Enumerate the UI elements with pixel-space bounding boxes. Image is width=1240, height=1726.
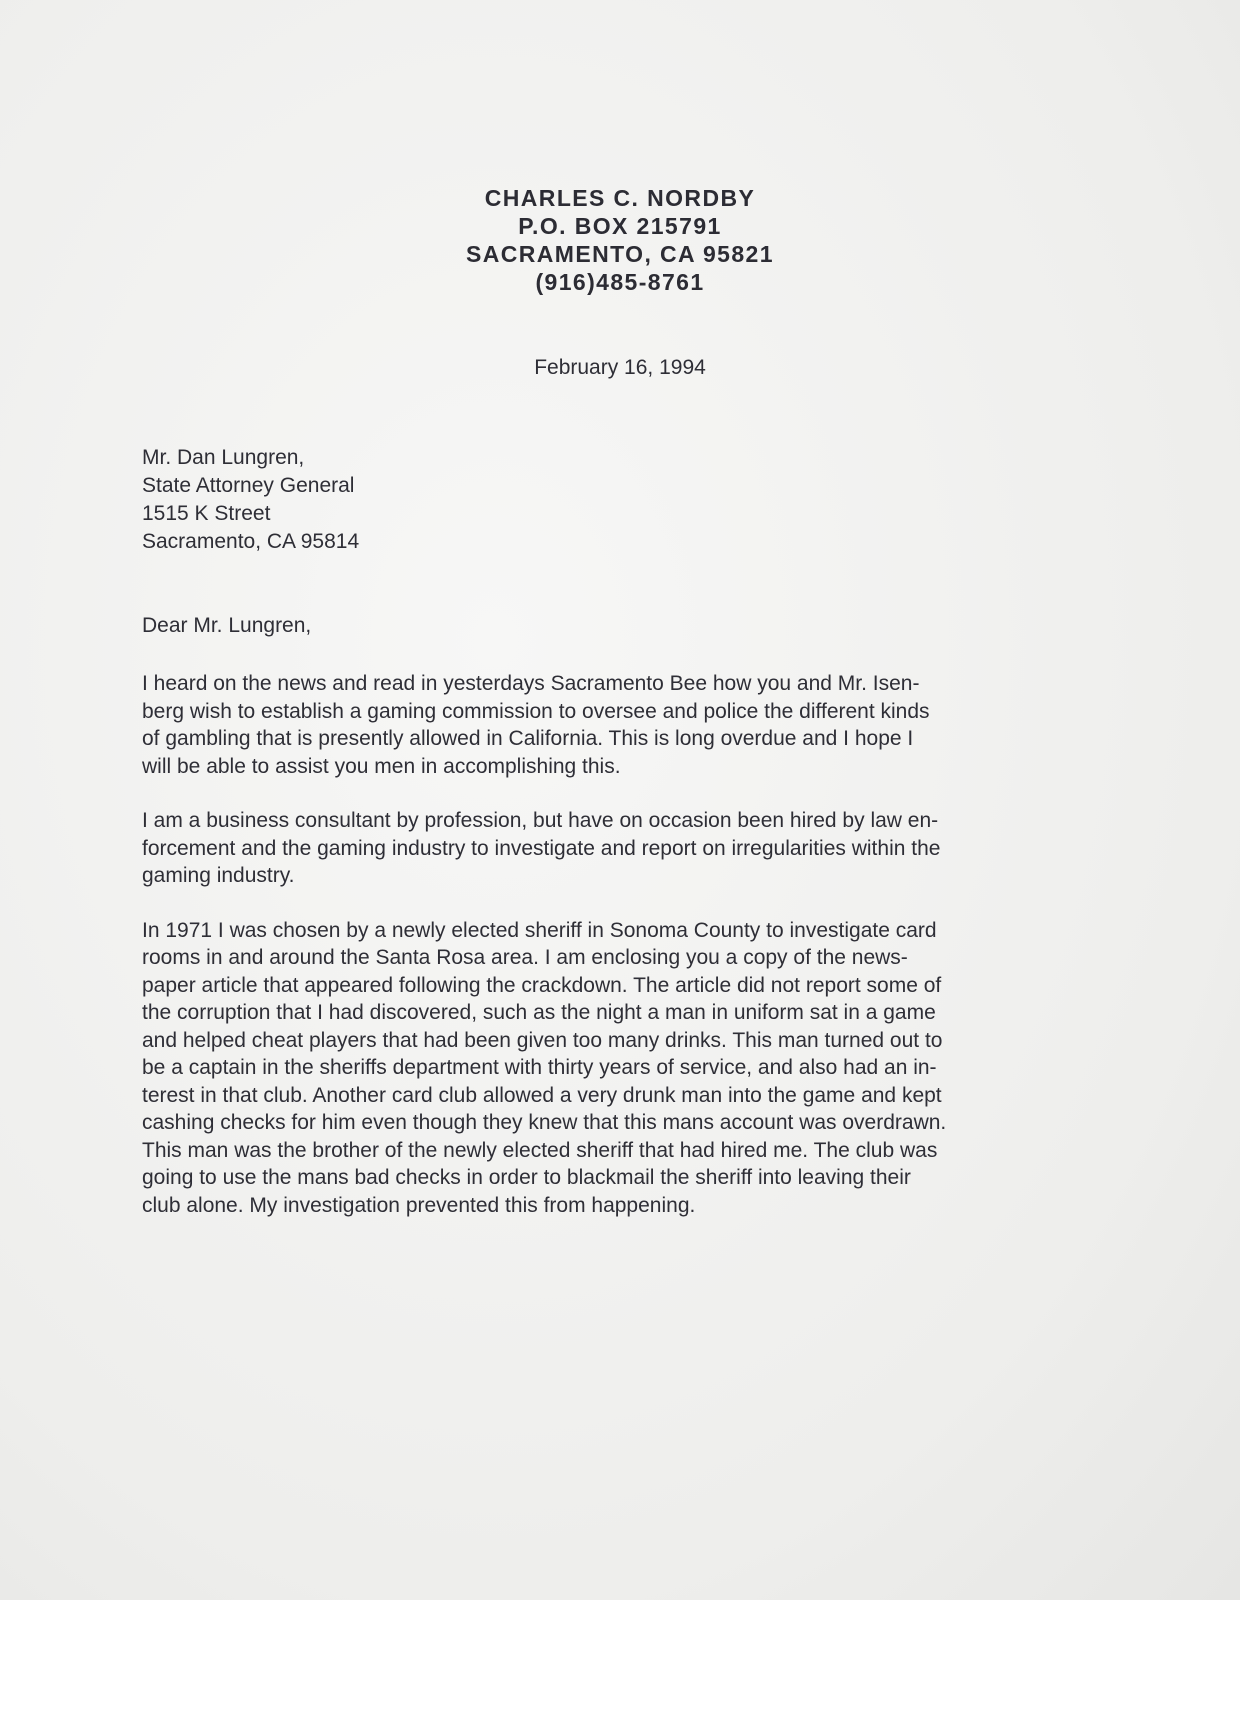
body-paragraph: I heard on the news and read in yesterda… (142, 670, 1102, 780)
recipient-block: Mr. Dan Lungren, State Attorney General … (142, 444, 359, 556)
paragraph-line: of gambling that is presently allowed in… (142, 725, 1102, 753)
paragraph-line: I am a business consultant by profession… (142, 807, 1102, 835)
recipient-street: 1515 K Street (142, 500, 359, 528)
scan-margin (0, 1600, 1240, 1726)
salutation: Dear Mr. Lungren, (142, 614, 311, 638)
sender-po-box: P.O. BOX 215791 (0, 212, 1240, 240)
paragraph-line: rooms in and around the Santa Rosa area.… (142, 944, 1102, 972)
letterhead: CHARLES C. NORDBY P.O. BOX 215791 SACRAM… (0, 184, 1240, 296)
paragraph-line: the corruption that I had discovered, su… (142, 999, 1102, 1027)
sender-city: SACRAMENTO, CA 95821 (0, 240, 1240, 268)
sender-name: CHARLES C. NORDBY (0, 184, 1240, 212)
paragraph-line: gaming industry. (142, 862, 1102, 890)
paragraph-line: This man was the brother of the newly el… (142, 1137, 1102, 1165)
letter-body: I heard on the news and read in yesterda… (142, 670, 1102, 1246)
paragraph-line: going to use the mans bad checks in orde… (142, 1164, 1102, 1192)
paragraph-line: club alone. My investigation prevented t… (142, 1192, 1102, 1220)
body-paragraph: I am a business consultant by profession… (142, 807, 1102, 890)
paragraph-line: forcement and the gaming industry to inv… (142, 835, 1102, 863)
paragraph-line: and helped cheat players that had been g… (142, 1027, 1102, 1055)
recipient-city: Sacramento, CA 95814 (142, 528, 359, 556)
letter-date: February 16, 1994 (0, 356, 1240, 380)
recipient-title: State Attorney General (142, 472, 359, 500)
paragraph-line: I heard on the news and read in yesterda… (142, 670, 1102, 698)
paragraph-line: be a captain in the sheriffs department … (142, 1054, 1102, 1082)
paragraph-line: berg wish to establish a gaming commissi… (142, 698, 1102, 726)
sender-phone: (916)485-8761 (0, 268, 1240, 296)
paragraph-line: will be able to assist you men in accomp… (142, 753, 1102, 781)
paragraph-line: In 1971 I was chosen by a newly elected … (142, 917, 1102, 945)
recipient-name: Mr. Dan Lungren, (142, 444, 359, 472)
paragraph-line: cashing checks for him even though they … (142, 1109, 1102, 1137)
body-paragraph: In 1971 I was chosen by a newly elected … (142, 917, 1102, 1220)
paragraph-line: paper article that appeared following th… (142, 972, 1102, 1000)
paragraph-line: terest in that club. Another card club a… (142, 1082, 1102, 1110)
